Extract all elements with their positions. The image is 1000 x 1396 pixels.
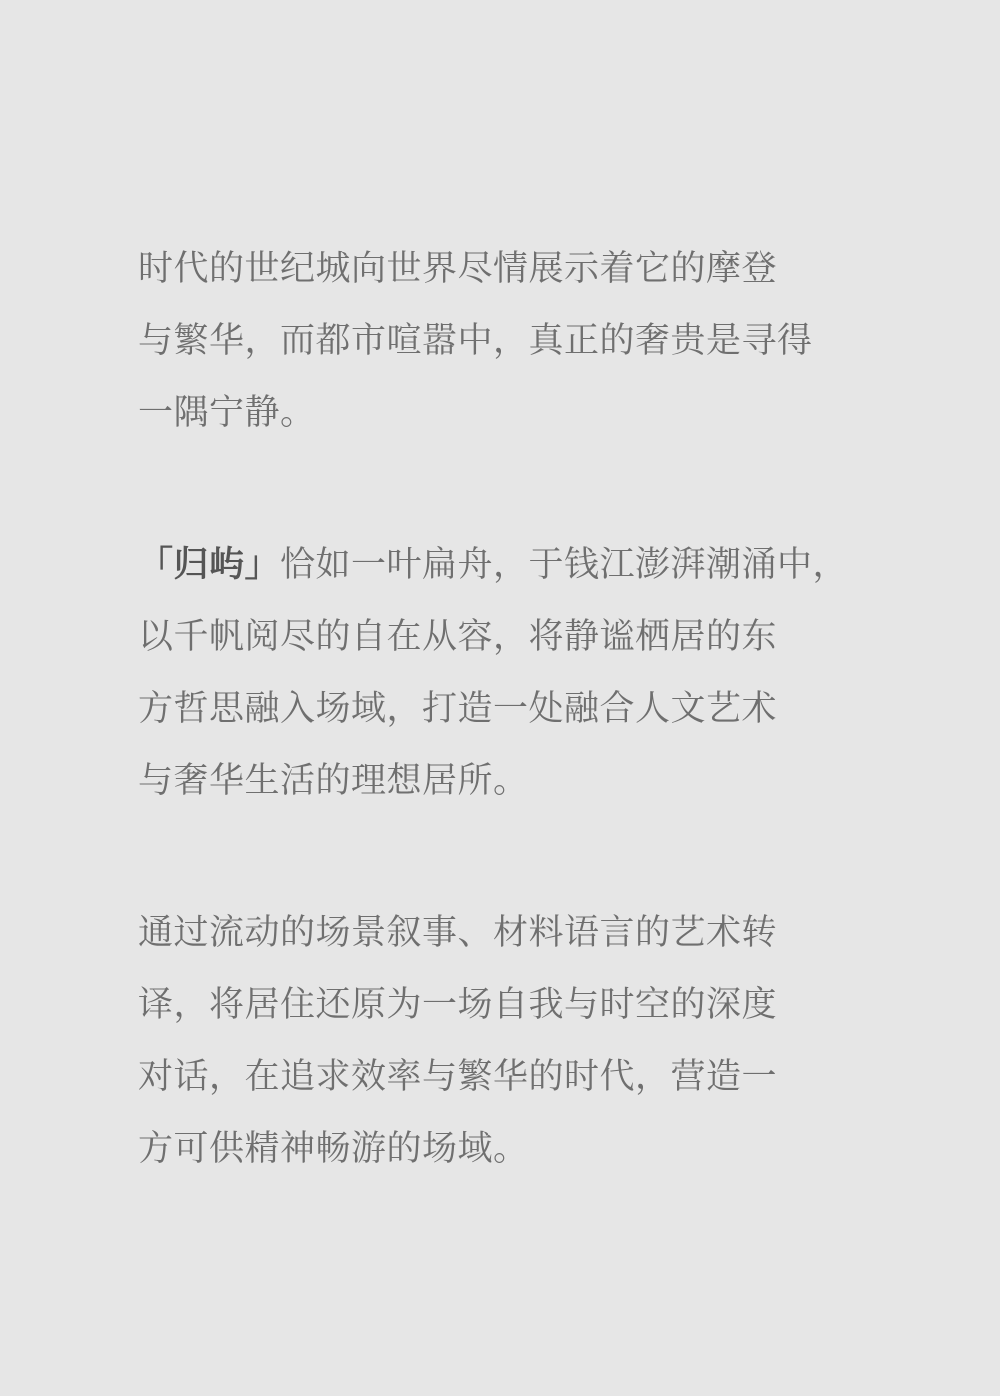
text-line: 方哲思融入场域，打造一处融合人文艺术 bbox=[138, 673, 878, 745]
text-line: 以千帆阅尽的自在从容，将静谧栖居的东 bbox=[138, 601, 878, 673]
text-line: 时代的世纪城向世界尽情展示着它的摩登 bbox=[138, 233, 878, 305]
text-line: 对话，在追求效率与繁华的时代，营造一 bbox=[138, 1041, 878, 1113]
text-line: 方可供精神畅游的场域。 bbox=[138, 1113, 878, 1185]
paragraph-intro: 时代的世纪城向世界尽情展示着它的摩登 与繁华，而都市喧嚣中，真正的奢贵是寻得 一… bbox=[138, 233, 878, 449]
project-name-highlight: 「归屿」 bbox=[138, 545, 280, 585]
paragraph-guiyu: 「归屿」恰如一叶扁舟，于钱江澎湃潮涌中， 以千帆阅尽的自在从容，将静谧栖居的东 … bbox=[138, 529, 878, 817]
article-body: 时代的世纪城向世界尽情展示着它的摩登 与繁华，而都市喧嚣中，真正的奢贵是寻得 一… bbox=[138, 233, 878, 1185]
paragraph-narrative: 通过流动的场景叙事、材料语言的艺术转 译，将居住还原为一场自我与时空的深度 对话… bbox=[138, 897, 878, 1185]
text-line-with-highlight: 「归屿」恰如一叶扁舟，于钱江澎湃潮涌中， bbox=[138, 529, 878, 601]
text-line: 通过流动的场景叙事、材料语言的艺术转 bbox=[138, 897, 878, 969]
text-line-rest: 恰如一叶扁舟，于钱江澎湃潮涌中， bbox=[280, 545, 848, 585]
text-line: 与奢华生活的理想居所。 bbox=[138, 745, 878, 817]
text-line: 与繁华，而都市喧嚣中，真正的奢贵是寻得 bbox=[138, 305, 878, 377]
text-line: 一隅宁静。 bbox=[138, 377, 878, 449]
text-line: 译，将居住还原为一场自我与时空的深度 bbox=[138, 969, 878, 1041]
